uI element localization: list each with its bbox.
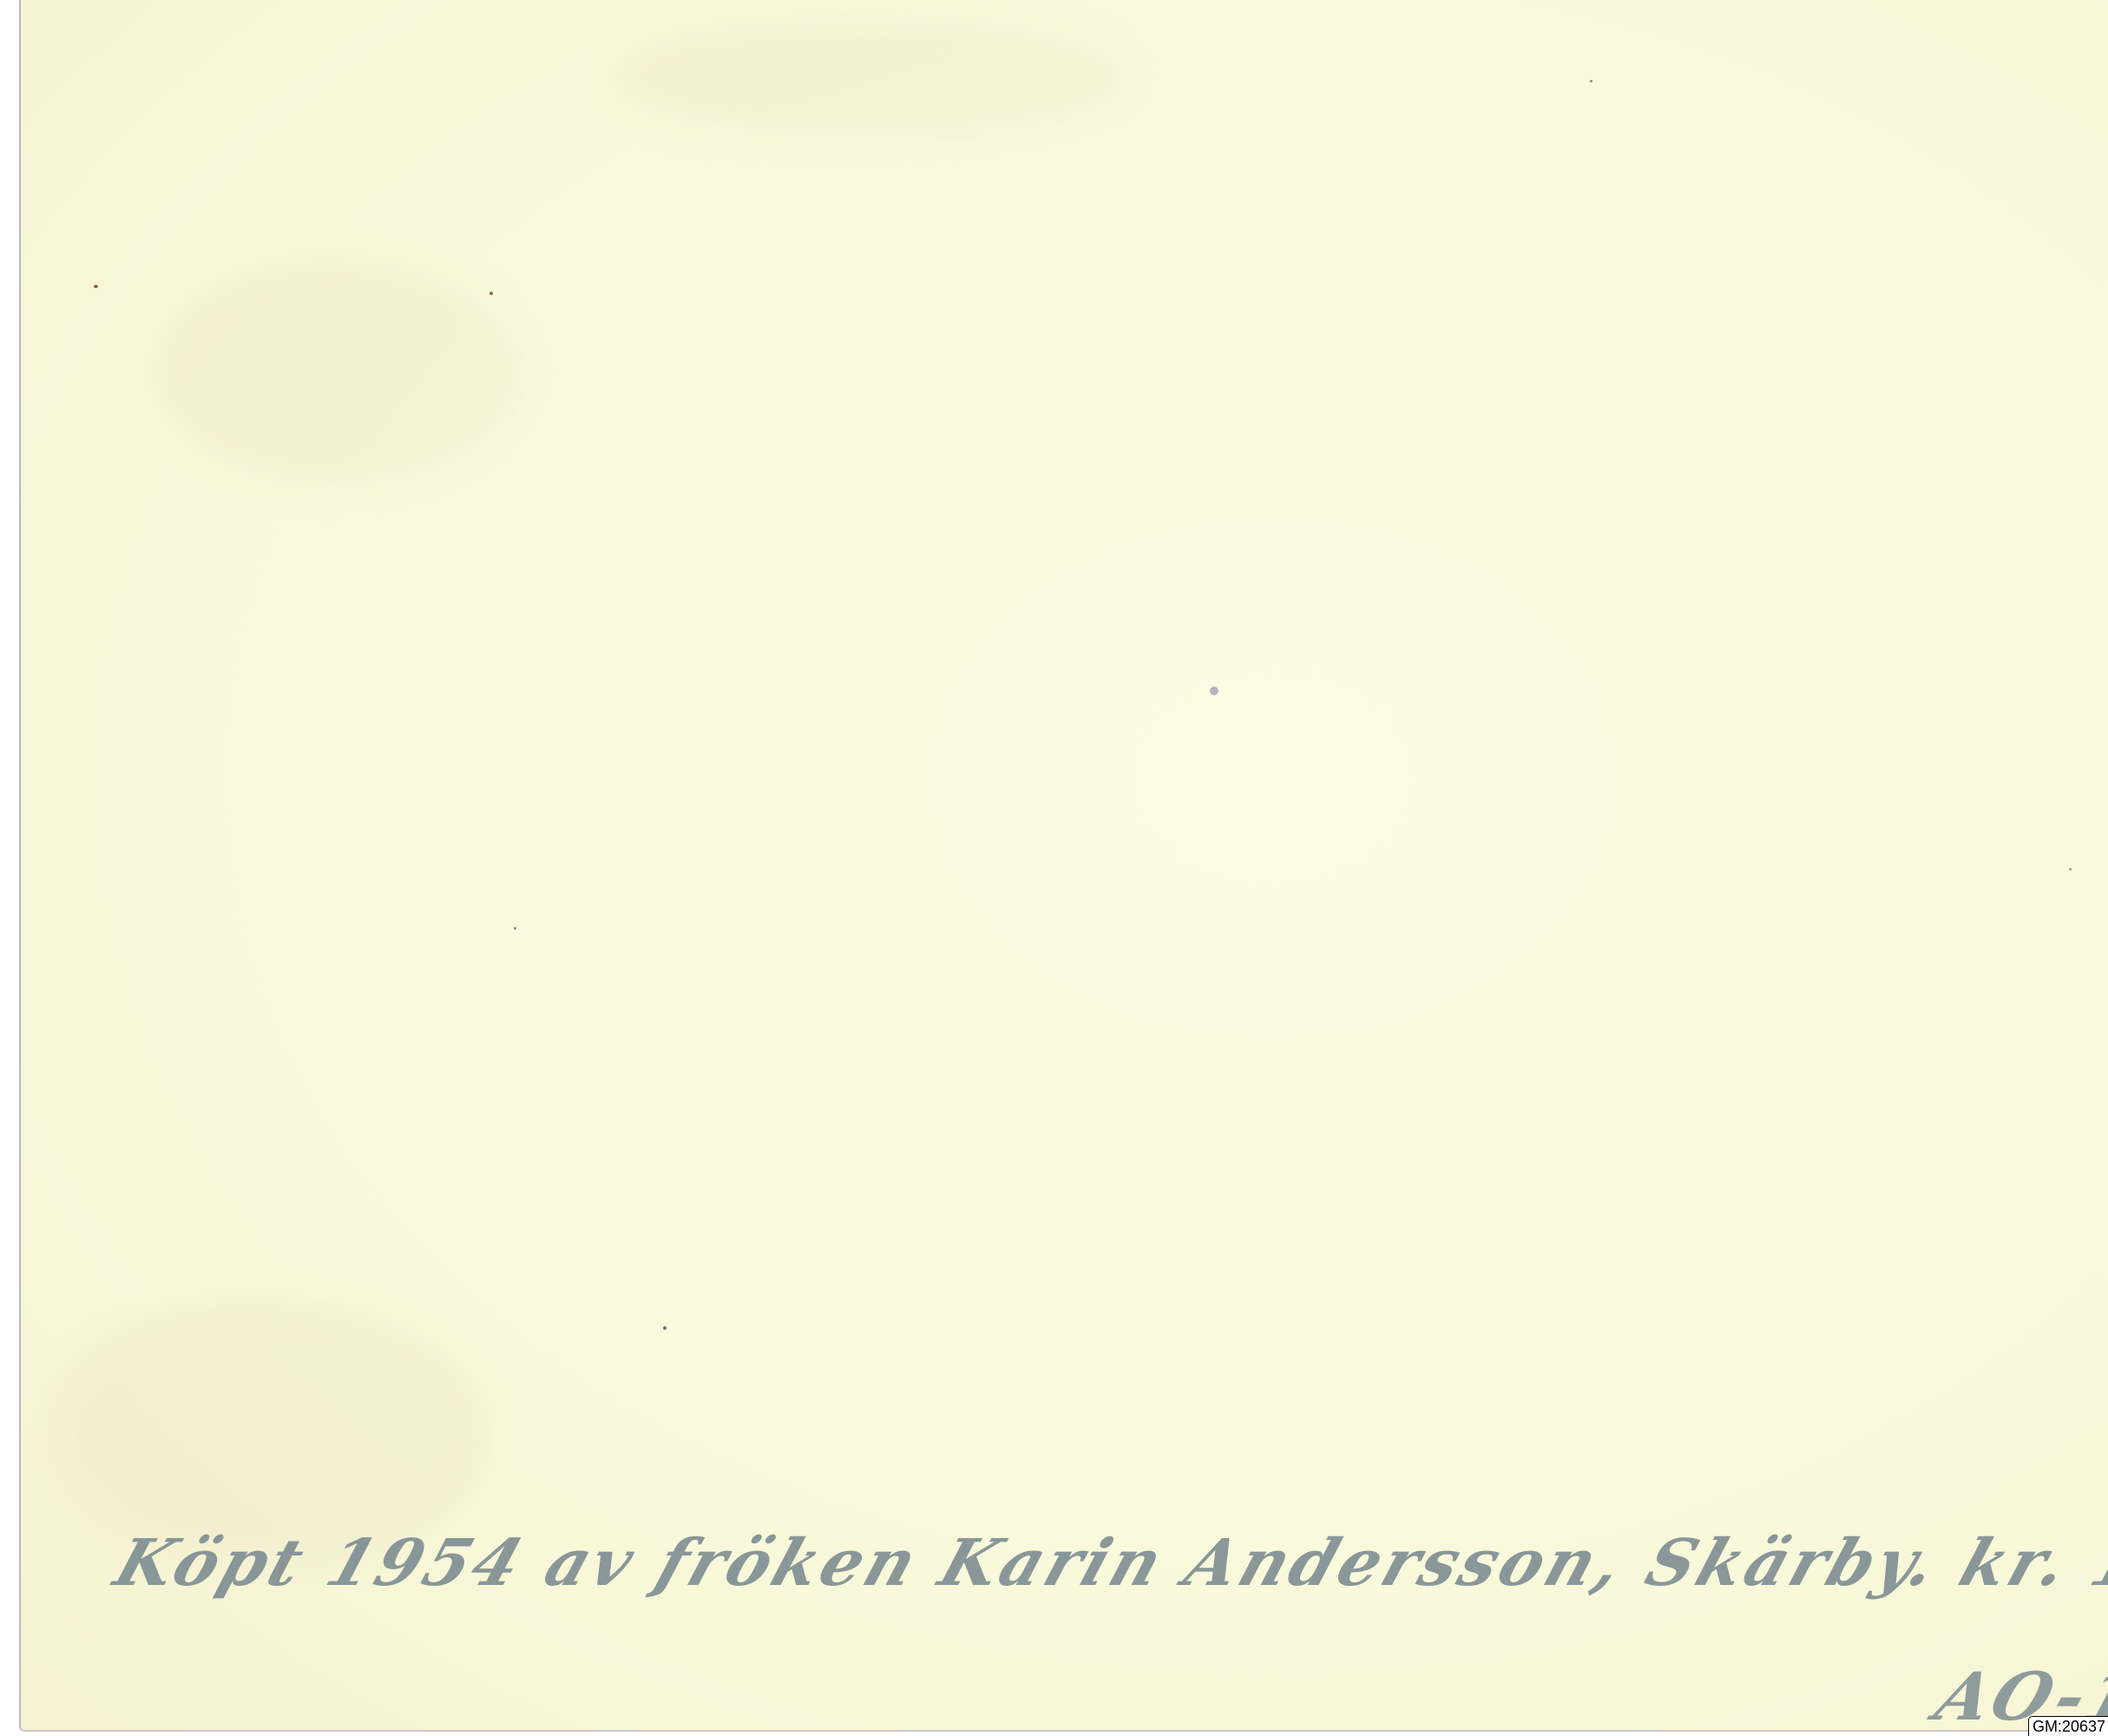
paper-speck bbox=[663, 1326, 667, 1330]
paper-stain bbox=[56, 1302, 489, 1562]
paper-speck bbox=[94, 285, 98, 288]
paper-speck bbox=[1590, 80, 1592, 82]
paper-speck bbox=[489, 292, 493, 295]
card-back: Köpt 1954 av fröken Karin Andersson, Skä… bbox=[19, 0, 2108, 1732]
catalog-id-label: GM:20637 bbox=[2028, 1716, 2108, 1736]
handwritten-provenance-note: Köpt 1954 av fröken Karin Andersson, Skä… bbox=[106, 1526, 2108, 1601]
paper-speck bbox=[1210, 687, 1218, 695]
paper-speck bbox=[2069, 868, 2072, 871]
paper-speck bbox=[514, 927, 516, 930]
paper-stain bbox=[160, 260, 524, 486]
paper-stain bbox=[611, 17, 1132, 139]
scanned-document: Köpt 1954 av fröken Karin Andersson, Skä… bbox=[0, 0, 2108, 1736]
